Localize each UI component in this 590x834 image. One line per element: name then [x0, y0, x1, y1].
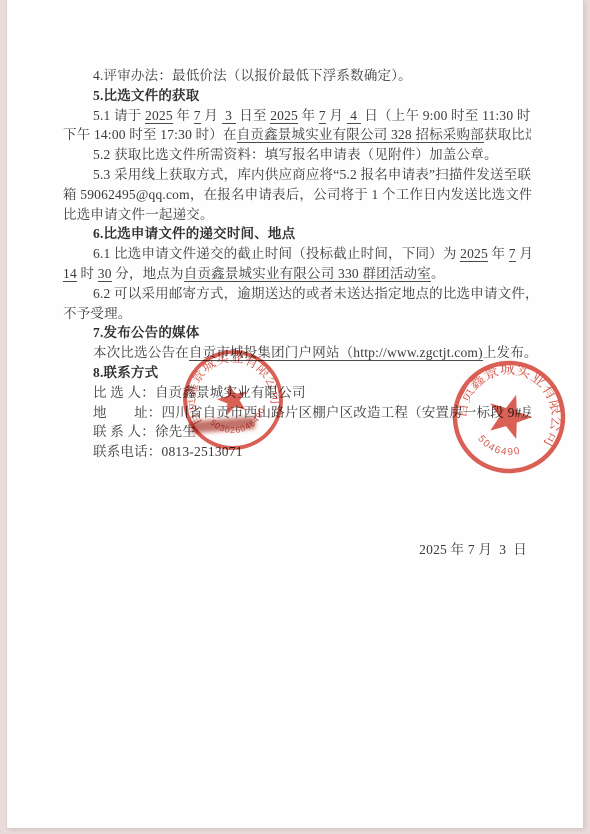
- text-segment: 月: [516, 246, 531, 261]
- doc-line-6: 5.3 采用线上获取方式，库内供应商应将“5.2 报名申请表”扫描件发送至联系邮: [63, 165, 531, 185]
- text-segment: 日（上午 9:00 时至 11:30 时，: [361, 108, 531, 123]
- text-segment: 5.2 获取比选文件所需资料：填写报名申请表（见附件）加盖公章。: [93, 147, 498, 162]
- underlined-text: 自贡鑫景城实业有限公司 330 群团活动室: [184, 266, 431, 282]
- doc-line-1: 4.评审办法：最低价法（以报价最低下浮系数确定）。: [63, 66, 531, 86]
- underlined-text: 3: [222, 108, 236, 124]
- svg-text:5046490: 5046490: [473, 432, 525, 464]
- doc-line-11: 14 时 30 分，地点为自贡鑫景城实业有限公司 330 群团活动室。: [63, 264, 531, 284]
- doc-line-9: 6.比选申请文件的递交时间、地点: [63, 224, 531, 244]
- text-segment: 7.发布公告的媒体: [93, 325, 199, 340]
- text-segment: 获取比选文件。: [484, 127, 531, 142]
- text-segment: 年: [173, 108, 194, 123]
- document-page: 4.评审办法：最低价法（以报价最低下浮系数确定）。5.比选文件的获取5.1 请于…: [7, 0, 583, 828]
- text-segment: 4.评审办法：最低价法（以报价最低下浮系数确定）。: [93, 68, 412, 83]
- text-segment: 日至: [236, 108, 271, 123]
- doc-line-3: 5.1 请于 2025 年 7 月 3 日至 2025 年 7 月 4 日（上午…: [63, 106, 531, 126]
- doc-line-12: 6.2 可以采用邮寄方式，逾期送达的或者未送达指定地点的比选申请文件，比选人: [63, 284, 531, 304]
- doc-line-13: 不予受理。: [63, 304, 531, 324]
- text-segment: 6.2 可以采用邮寄方式，逾期送达的或者未送达指定地点的比选申请文件，比选人: [93, 286, 531, 301]
- text-segment: 箱 59062495@qq.com，在报名申请表后，公司将于 1 个工作日内发送…: [63, 187, 531, 202]
- text-segment: 6.比选申请文件的递交时间、地点: [93, 226, 295, 241]
- underlined-text: 14: [63, 266, 77, 282]
- text-segment: 6.1 比选申请文件递交的截止时间（投标截止时间，下同）为: [93, 246, 460, 261]
- doc-line-10: 6.1 比选申请文件递交的截止时间（投标截止时间，下同）为 2025 年 7 月…: [63, 244, 531, 264]
- scanned-document-background: { "page": { "background_color": "#e8dcda…: [0, 0, 590, 834]
- underlined-text: 2025: [145, 108, 173, 124]
- text-segment: 5.3 采用线上获取方式，库内供应商应将“5.2 报名申请表”扫描件发送至联系邮: [93, 167, 531, 182]
- text-segment: 。: [431, 266, 445, 281]
- text-segment: 分，地点为: [112, 266, 184, 281]
- text-segment: 5.比选文件的获取: [93, 88, 199, 103]
- star-icon: [214, 381, 251, 417]
- text-segment: 年: [488, 246, 509, 261]
- underlined-text: 7: [319, 108, 326, 124]
- doc-line-5: 5.2 获取比选文件所需资料：填写报名申请表（见附件）加盖公章。: [63, 145, 531, 165]
- underlined-text: 4: [347, 108, 361, 124]
- document-date: 2025 年 7 月 3 日: [7, 540, 583, 560]
- star-icon: [482, 388, 537, 441]
- text-segment: 8.联系方式: [93, 365, 158, 380]
- underlined-text: 30: [98, 266, 112, 282]
- underlined-text: 自贡鑫景城实业有限公司 328 招标采购部: [237, 127, 484, 143]
- text-segment: 月: [326, 108, 347, 123]
- text-segment: 不予受理。: [63, 306, 132, 321]
- underlined-text: 7: [194, 108, 201, 124]
- underlined-text: 7: [509, 246, 516, 262]
- underlined-text: 2025: [460, 246, 488, 262]
- text-segment: 月: [201, 108, 222, 123]
- doc-line-2: 5.比选文件的获取: [63, 86, 531, 106]
- underlined-text: 2025: [270, 108, 298, 124]
- text-segment: 下午 14:00 时至 17:30 时）在: [63, 127, 237, 142]
- text-segment: 时: [77, 266, 98, 281]
- seal-number-text: 5046490: [473, 432, 525, 464]
- doc-line-8: 比选申请文件一起递交。: [63, 205, 531, 225]
- text-segment: 比选申请文件一起递交。: [63, 207, 214, 222]
- text-segment: 年: [298, 108, 319, 123]
- doc-line-4: 下午 14:00 时至 17:30 时）在自贡鑫景城实业有限公司 328 招标采…: [63, 125, 531, 145]
- text-segment: 5.1 请于: [93, 108, 145, 123]
- doc-line-7: 箱 59062495@qq.com，在报名申请表后，公司将于 1 个工作日内发送…: [63, 185, 531, 205]
